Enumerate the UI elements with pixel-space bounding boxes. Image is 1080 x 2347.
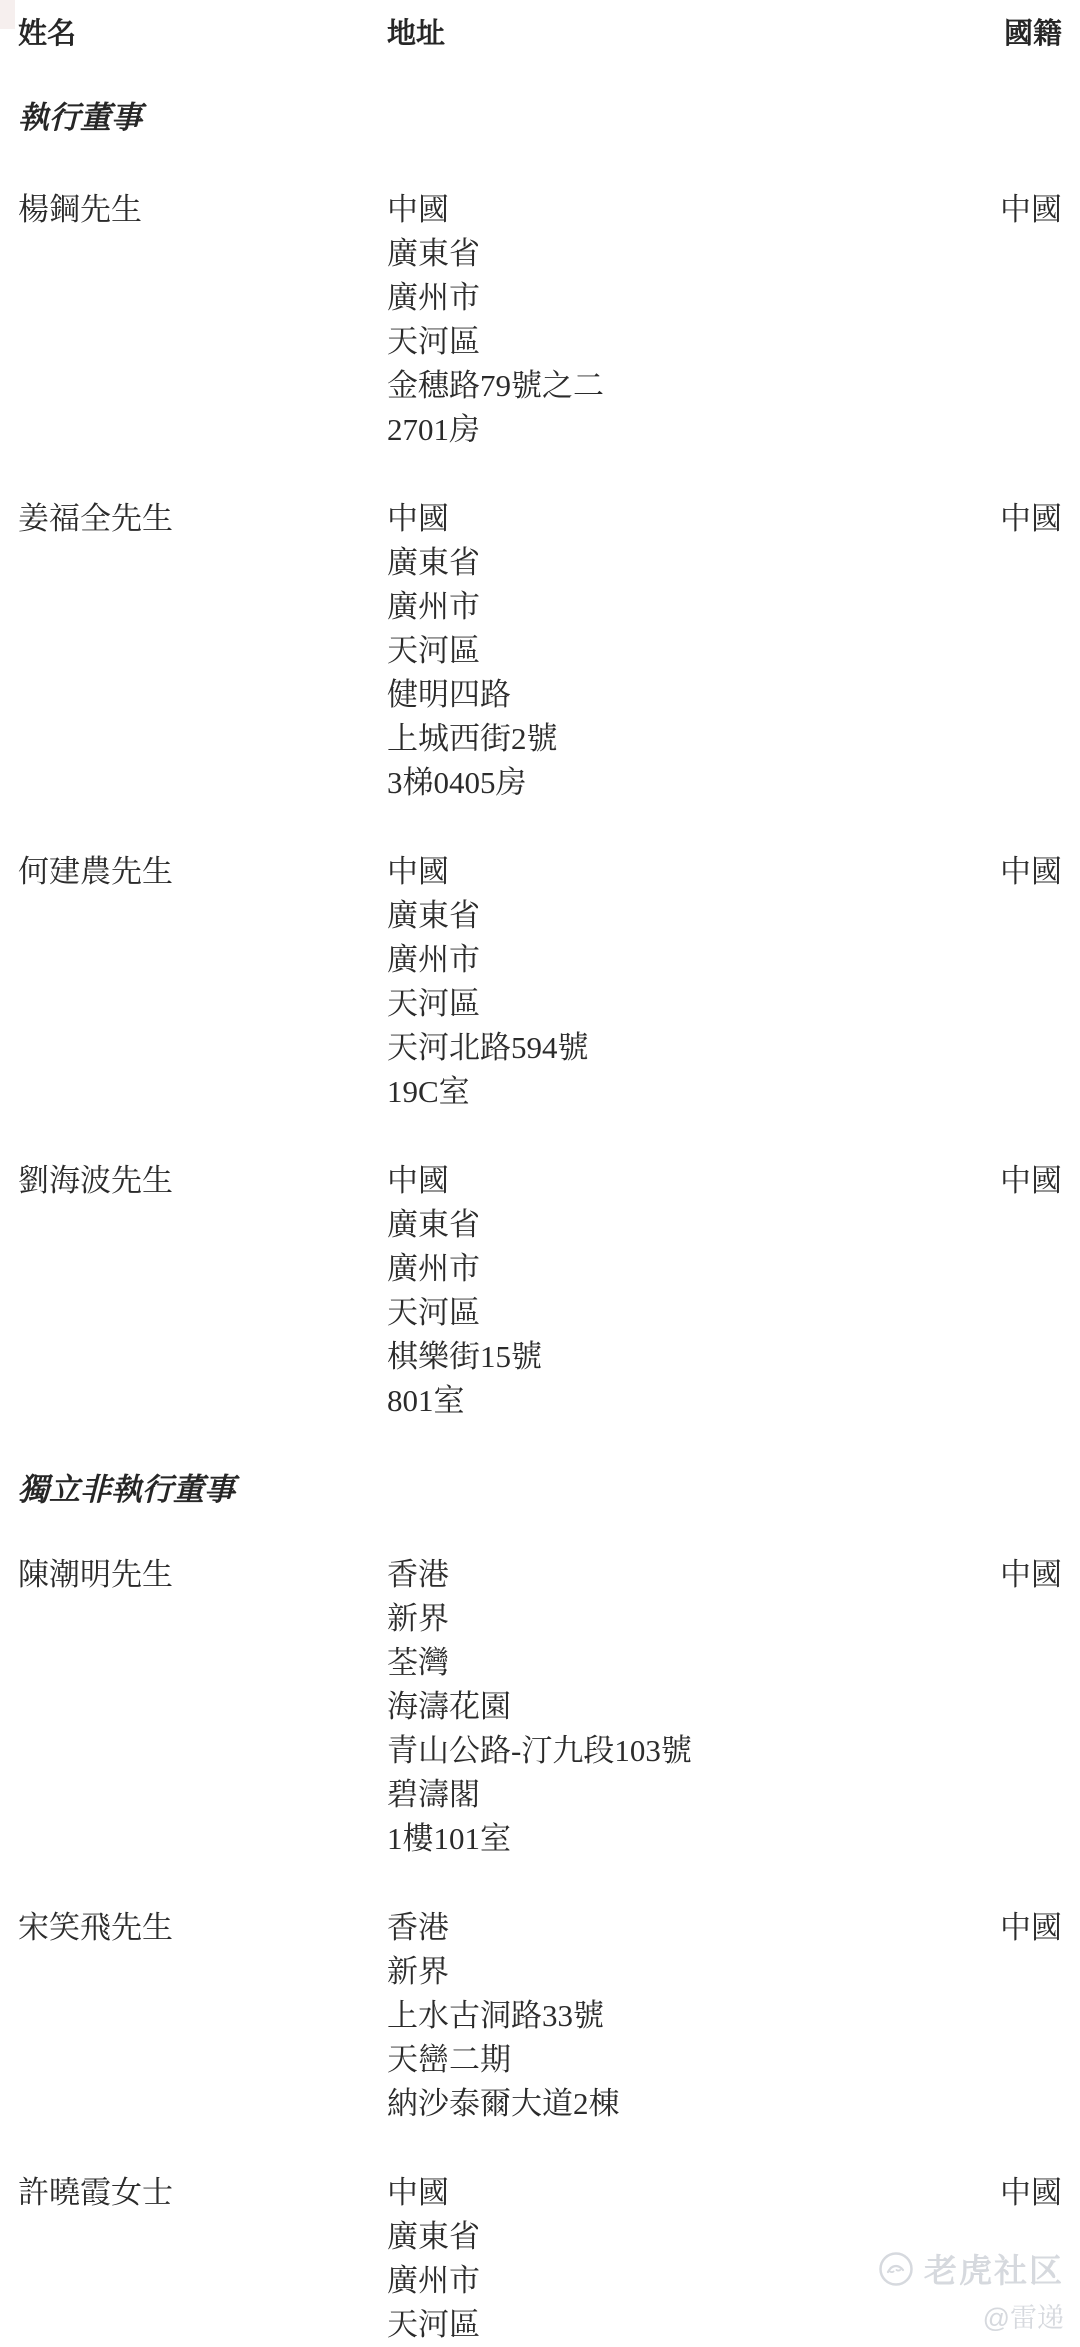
address-line: 801室 — [387, 1379, 982, 1423]
address-line: 金穗路79號之二 — [387, 364, 982, 408]
address-line: 香港 — [387, 1906, 982, 1950]
address-line: 中國 — [387, 2171, 982, 2215]
address-line: 廣州市 — [387, 276, 982, 320]
column-header-address: 地址 — [387, 12, 982, 56]
address-line: 廣東省 — [387, 894, 982, 938]
address-line: 海濤花園 — [387, 1685, 982, 1729]
address-line: 納沙泰爾大道2棟 — [387, 2082, 982, 2126]
address-line: 新界 — [387, 1597, 982, 1641]
address-line: 中國 — [387, 850, 982, 894]
address-line: 上城西街2號 — [387, 717, 982, 761]
address-line: 天河北路594號 — [387, 1026, 982, 1070]
watermark: 老虎社区 @雷递 — [878, 2245, 1064, 2335]
table-row: 陳潮明先生 香港 新界 荃灣 海濤花園 青山公路-汀九段103號 碧濤閣 1樓1… — [0, 1553, 1080, 1861]
address-line: 香港 — [387, 1553, 982, 1597]
prospectus-directors-page: 姓名 地址 國籍 執行董事 楊鋼先生 中國 廣東省 廣州市 天河區 金穗路79號… — [0, 0, 1080, 2347]
address-line: 中國 — [387, 188, 982, 232]
table-row: 何建農先生 中國 廣東省 廣州市 天河區 天河北路594號 19C室 中國 — [0, 850, 1080, 1114]
address-line: 天河區 — [387, 629, 982, 673]
address-line: 健明四路 — [387, 673, 982, 717]
director-address: 中國 廣東省 廣州市 天河區 棋樂街15號 801室 — [387, 1159, 982, 1423]
table-row: 楊鋼先生 中國 廣東省 廣州市 天河區 金穗路79號之二 2701房 中國 — [0, 188, 1080, 452]
director-nationality: 中國 — [982, 497, 1062, 541]
watermark-author-text: @雷递 — [878, 2296, 1064, 2335]
tiger-logo-icon — [878, 2251, 914, 2287]
director-address: 中國 廣東省 廣州市 天河區 金穗路79號之二 2701房 — [387, 188, 982, 452]
table-header-row: 姓名 地址 國籍 — [0, 12, 1080, 56]
director-address: 中國 廣東省 廣州市 天河區 健明四路 上城西街2號 3梯0405房 — [387, 497, 982, 805]
watermark-brand-text: 老虎社区 — [924, 2245, 1064, 2292]
address-line: 廣州市 — [387, 585, 982, 629]
address-line: 上水古洞路33號 — [387, 1994, 982, 2038]
director-nationality: 中國 — [982, 1553, 1062, 1597]
address-line: 棋樂街15號 — [387, 1335, 982, 1379]
director-nationality: 中國 — [982, 1159, 1062, 1203]
section-title-independent-non-executive-directors: 獨立非執行董事 — [0, 1468, 1080, 1512]
address-line: 3梯0405房 — [387, 761, 982, 805]
director-nationality: 中國 — [982, 188, 1062, 232]
address-line: 廣州市 — [387, 1247, 982, 1291]
address-line: 天河區 — [387, 982, 982, 1026]
director-name: 何建農先生 — [0, 850, 387, 894]
director-name: 姜福全先生 — [0, 497, 387, 541]
director-name: 許曉霞女士 — [0, 2171, 387, 2215]
director-address: 香港 新界 荃灣 海濤花園 青山公路-汀九段103號 碧濤閣 1樓101室 — [387, 1553, 982, 1861]
table-row: 宋笑飛先生 香港 新界 上水古洞路33號 天巒二期 納沙泰爾大道2棟 中國 — [0, 1906, 1080, 2126]
column-header-nationality: 國籍 — [982, 12, 1062, 56]
address-line: 廣東省 — [387, 541, 982, 585]
director-name: 楊鋼先生 — [0, 188, 387, 232]
director-nationality: 中國 — [982, 850, 1062, 894]
address-line: 新界 — [387, 1950, 982, 1994]
address-line: 天河區 — [387, 1291, 982, 1335]
table-row: 姜福全先生 中國 廣東省 廣州市 天河區 健明四路 上城西街2號 3梯0405房… — [0, 497, 1080, 805]
column-header-name: 姓名 — [0, 12, 387, 56]
address-line: 19C室 — [387, 1070, 982, 1114]
address-line: 中國 — [387, 497, 982, 541]
address-line: 2701房 — [387, 408, 982, 452]
address-line: 1樓101室 — [387, 1817, 982, 1861]
address-line: 碧濤閣 — [387, 1773, 982, 1817]
address-line: 廣東省 — [387, 1203, 982, 1247]
table-row: 劉海波先生 中國 廣東省 廣州市 天河區 棋樂街15號 801室 中國 — [0, 1159, 1080, 1423]
scan-artifact — [0, 0, 15, 29]
director-address: 中國 廣東省 廣州市 天河區 天河北路594號 19C室 — [387, 850, 982, 1114]
address-line: 荃灣 — [387, 1641, 982, 1685]
director-nationality: 中國 — [982, 2171, 1062, 2215]
address-line: 天河區 — [387, 320, 982, 364]
address-line: 青山公路-汀九段103號 — [387, 1729, 982, 1773]
director-name: 宋笑飛先生 — [0, 1906, 387, 1950]
watermark-brand-row: 老虎社区 — [878, 2245, 1064, 2292]
director-name: 劉海波先生 — [0, 1159, 387, 1203]
address-line: 廣州市 — [387, 938, 982, 982]
director-nationality: 中國 — [982, 1906, 1062, 1950]
address-line: 中國 — [387, 1159, 982, 1203]
section-title-executive-directors: 執行董事 — [0, 96, 1080, 140]
address-line: 天巒二期 — [387, 2038, 982, 2082]
director-name: 陳潮明先生 — [0, 1553, 387, 1597]
director-address: 香港 新界 上水古洞路33號 天巒二期 納沙泰爾大道2棟 — [387, 1906, 982, 2126]
address-line: 廣東省 — [387, 232, 982, 276]
